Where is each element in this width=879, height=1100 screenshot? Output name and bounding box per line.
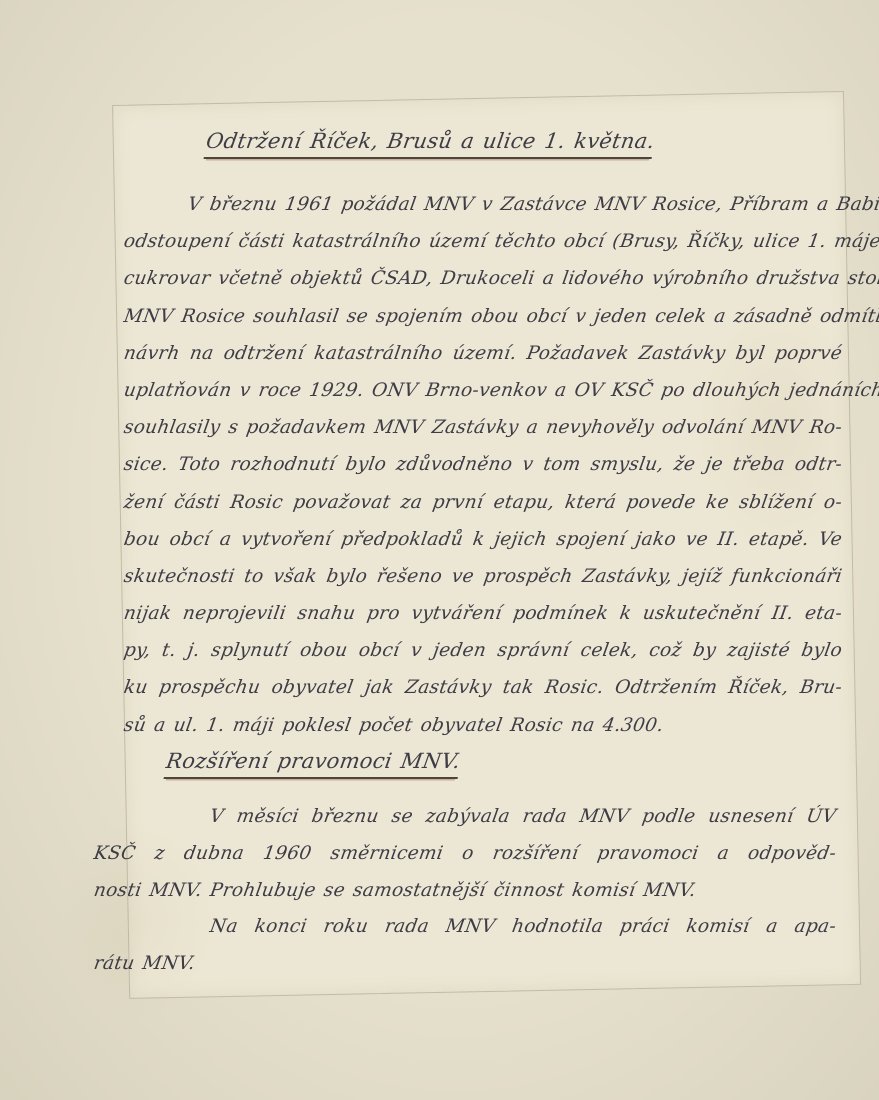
- handwritten-line: sice. Toto rozhodnutí bylo zdůvodněno v …: [121, 446, 845, 483]
- handwritten-line: nijak neprojevili snahu pro vytváření po…: [121, 595, 845, 632]
- paragraph-odtrzeni: V březnu 1961 požádal MNV v Zastávce MNV…: [124, 186, 842, 744]
- handwritten-line: V březnu 1961 požádal MNV v Zastávce MNV…: [121, 186, 845, 223]
- handwritten-line: Na konci roku rada MNV hodnotila práci k…: [91, 908, 839, 945]
- section-heading-odtrzeni: Odtržení Říček, Brusů a ulice 1. května.: [204, 128, 657, 159]
- handwritten-line: nosti MNV. Prohlubuje se samostatnější č…: [91, 872, 839, 909]
- handwritten-line: V měsíci březnu se zabývala rada MNV pod…: [91, 798, 839, 835]
- handwritten-line: odstoupení části katastrálního území těc…: [121, 223, 845, 260]
- manuscript-text-block: Odtržení Říček, Brusů a ulice 1. května.…: [122, 100, 844, 988]
- handwritten-line: uplatňován v roce 1929. ONV Brno-venkov …: [121, 372, 845, 409]
- paragraph-rozsireni: V měsíci březnu se zabývala rada MNV pod…: [94, 798, 836, 910]
- handwritten-line: skutečnosti to však bylo řešeno ve prosp…: [121, 558, 845, 595]
- handwritten-line: rátu MNV.: [91, 945, 839, 982]
- handwritten-line: ku prospěchu obyvatel jak Zastávky tak R…: [121, 669, 845, 706]
- handwritten-line: cukrovar včetně objektů ČSAD, Drukoceli …: [121, 260, 845, 297]
- paragraph-hodnoceni: Na konci roku rada MNV hodnotila práci k…: [94, 908, 836, 982]
- handwritten-line: MNV Rosice souhlasil se spojením obou ob…: [121, 298, 845, 335]
- handwritten-line: py, t. j. splynutí obou obcí v jeden spr…: [121, 632, 845, 669]
- handwritten-line: návrh na odtržení katastrálního území. P…: [121, 335, 845, 372]
- handwritten-line: KSČ z dubna 1960 směrnicemi o rozšíření …: [91, 835, 839, 872]
- handwritten-line: bou obcí a vytvoření předpokladů k jejic…: [121, 521, 845, 558]
- handwritten-line: souhlasily s požadavkem MNV Zastávky a n…: [121, 409, 845, 446]
- handwritten-line: žení části Rosic považovat za první etap…: [121, 484, 845, 521]
- handwritten-line: sů a ul. 1. máji poklesl počet obyvatel …: [121, 707, 845, 744]
- manuscript-scan: { "document": { "language": "cs", "kind"…: [0, 0, 879, 1100]
- section-heading-rozsireni: Rozšíření pravomoci MNV.: [164, 748, 463, 779]
